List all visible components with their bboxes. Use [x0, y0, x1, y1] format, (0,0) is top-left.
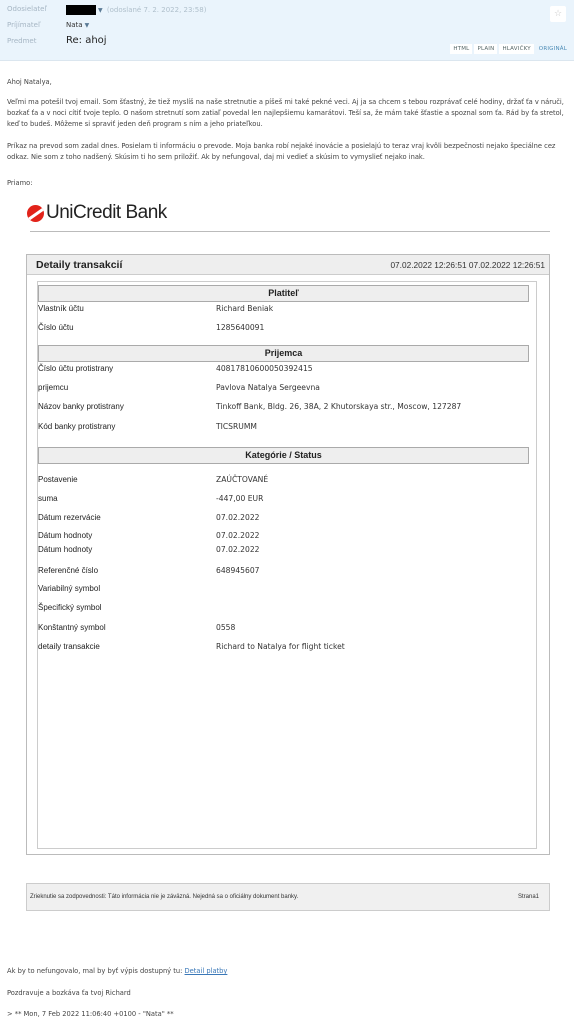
detail-row: prijemcuPavlova Natalya Sergeevna	[38, 383, 533, 395]
detail-row: Špecifický symbol	[38, 603, 533, 615]
detail-label: suma	[38, 494, 58, 503]
detail-row: Číslo účtu protistrany408178106000503924…	[38, 364, 533, 376]
transaction-panel-header: Detaily transakcií 07.02.2022 12:26:51 0…	[27, 255, 549, 275]
body-paragraph-2: Príkaz na prevod som zadal dnes. Posiela…	[7, 141, 567, 163]
disclaimer-text: Zrieknutie sa zodpovednosti: Táto inform…	[30, 894, 298, 900]
section-header: Kategórie / Status	[38, 447, 529, 464]
detail-label: prijemcu	[38, 383, 68, 392]
subject-row: Predmet Re: ahoj	[7, 37, 63, 45]
detail-value: Pavlova Natalya Sergeevna	[216, 383, 320, 392]
page-number: Strana1	[518, 894, 539, 900]
link-intro-line: Ak by to nefungovalo, mal by byť výpis d…	[7, 967, 227, 975]
detail-value: ZAÚČTOVANÉ	[216, 475, 268, 484]
detail-value: 0558	[216, 623, 235, 632]
detail-value: 1285640091	[216, 323, 264, 332]
detail-label: Číslo účtu	[38, 323, 74, 332]
detail-label: Dátum rezervácie	[38, 513, 101, 522]
tab-html[interactable]: HTML	[450, 44, 472, 54]
from-label: Odosielateľ	[7, 5, 63, 13]
quoted-header: > ** Mon, 7 Feb 2022 11:06:40 +0100 - "N…	[7, 1010, 174, 1018]
detail-label: Postavenie	[38, 475, 78, 484]
tab-plain[interactable]: PLAIN	[474, 44, 497, 54]
sender-dropdown-icon[interactable]: ▼	[98, 7, 103, 14]
detail-label: detaily transakcie	[38, 642, 100, 651]
detail-value: -447,00 EUR	[216, 494, 263, 503]
subject-text: Re: ahoj	[66, 35, 107, 46]
detail-value: Richard to Natalya for flight ticket	[216, 642, 345, 651]
payment-detail-link[interactable]: Detail platby	[185, 967, 228, 975]
message-header: Odosielateľ ▼ (odoslané 7. 2. 2022, 23:5…	[0, 0, 574, 61]
detail-row: Číslo účtu1285640091	[38, 323, 533, 335]
detail-row: Dátum rezervácie07.02.2022	[38, 513, 533, 525]
recipient-name[interactable]: Nata	[66, 21, 83, 29]
detail-label: Špecifický symbol	[38, 603, 102, 612]
detail-value: 07.02.2022	[216, 513, 259, 522]
unicredit-logo-icon	[27, 205, 44, 222]
view-mode-tabs: HTML PLAIN HLAVIČKY ORIGINÁL	[450, 44, 570, 54]
disclaimer-bar: Zrieknutie sa zodpovednosti: Táto inform…	[26, 883, 550, 911]
transaction-details-panel: Detaily transakcií 07.02.2022 12:26:51 0…	[26, 254, 550, 855]
to-label: Príjímateľ	[7, 21, 63, 29]
logo-text: UniCredit Bank	[46, 202, 167, 224]
tab-original[interactable]: ORIGINÁL	[536, 44, 570, 54]
sent-date: (odoslané 7. 2. 2022, 23:58)	[107, 6, 207, 14]
star-icon[interactable]: ☆	[550, 6, 566, 22]
detail-value: TICSRUMM	[216, 422, 257, 431]
sign-off: Pozdravuje a bozkáva ťa tvoj Richard	[7, 989, 131, 997]
detail-label: Konštantný symbol	[38, 623, 106, 632]
detail-row: Vlastník účtuRichard Beniak	[38, 304, 533, 316]
transaction-timestamp: 07.02.2022 12:26:51 07.02.2022 12:26:51	[390, 260, 545, 270]
sender-redacted	[66, 5, 96, 15]
greeting: Ahoj Natalya,	[7, 77, 567, 88]
detail-row: Variabilný symbol	[38, 584, 533, 596]
detail-row: Dátum hodnoty07.02.2022	[38, 545, 533, 557]
detail-row: Referenčné číslo648945607	[38, 566, 533, 578]
from-row: Odosielateľ ▼ (odoslané 7. 2. 2022, 23:5…	[7, 5, 63, 13]
detail-row: Konštantný symbol0558	[38, 623, 533, 635]
section-header: Platiteľ	[38, 285, 529, 302]
transaction-details-body: PlatiteľVlastník účtuRichard BeniakČíslo…	[37, 281, 537, 849]
tab-headers[interactable]: HLAVIČKY	[499, 44, 533, 54]
logo-divider	[30, 231, 550, 232]
detail-label: Dátum hodnoty	[38, 545, 92, 554]
detail-value: 648945607	[216, 566, 259, 575]
unicredit-logo: UniCredit Bank	[27, 202, 167, 224]
detail-row: Kód banky protistranyTICSRUMM	[38, 422, 533, 434]
detail-label: Dátum hodnoty	[38, 531, 92, 540]
detail-value: 40817810600050392415	[216, 364, 313, 373]
body-paragraph-1: Veľmi ma potešil tvoj email. Som šťastný…	[7, 97, 567, 130]
detail-value: 07.02.2022	[216, 531, 259, 540]
detail-value: 07.02.2022	[216, 545, 259, 554]
detail-row: PostavenieZAÚČTOVANÉ	[38, 475, 533, 487]
detail-label: Názov banky protistrany	[38, 402, 124, 411]
detail-label: Variabilný symbol	[38, 584, 100, 593]
link-intro: Ak by to nefungovalo, mal by byť výpis d…	[7, 967, 182, 975]
transaction-title: Detaily transakcií	[36, 259, 122, 271]
priamo-label: Priamo:	[7, 178, 567, 189]
detail-row: Dátum hodnoty07.02.2022	[38, 531, 533, 543]
to-row: Príjímateľ Nata▼	[7, 21, 63, 29]
detail-value: Richard Beniak	[216, 304, 273, 313]
detail-label: Číslo účtu protistrany	[38, 364, 113, 373]
detail-label: Vlastník účtu	[38, 304, 84, 313]
detail-label: Kód banky protistrany	[38, 422, 115, 431]
detail-label: Referenčné číslo	[38, 566, 98, 575]
subject-label: Predmet	[7, 37, 63, 45]
section-header: Prijemca	[38, 345, 529, 362]
detail-row: Názov banky protistranyTinkoff Bank, Bld…	[38, 402, 533, 414]
detail-row: suma-447,00 EUR	[38, 494, 533, 506]
recipient-dropdown-icon[interactable]: ▼	[85, 22, 90, 29]
detail-value: Tinkoff Bank, Bldg. 26, 38A, 2 Khutorska…	[216, 402, 461, 411]
detail-row: detaily transakcieRichard to Natalya for…	[38, 642, 533, 654]
